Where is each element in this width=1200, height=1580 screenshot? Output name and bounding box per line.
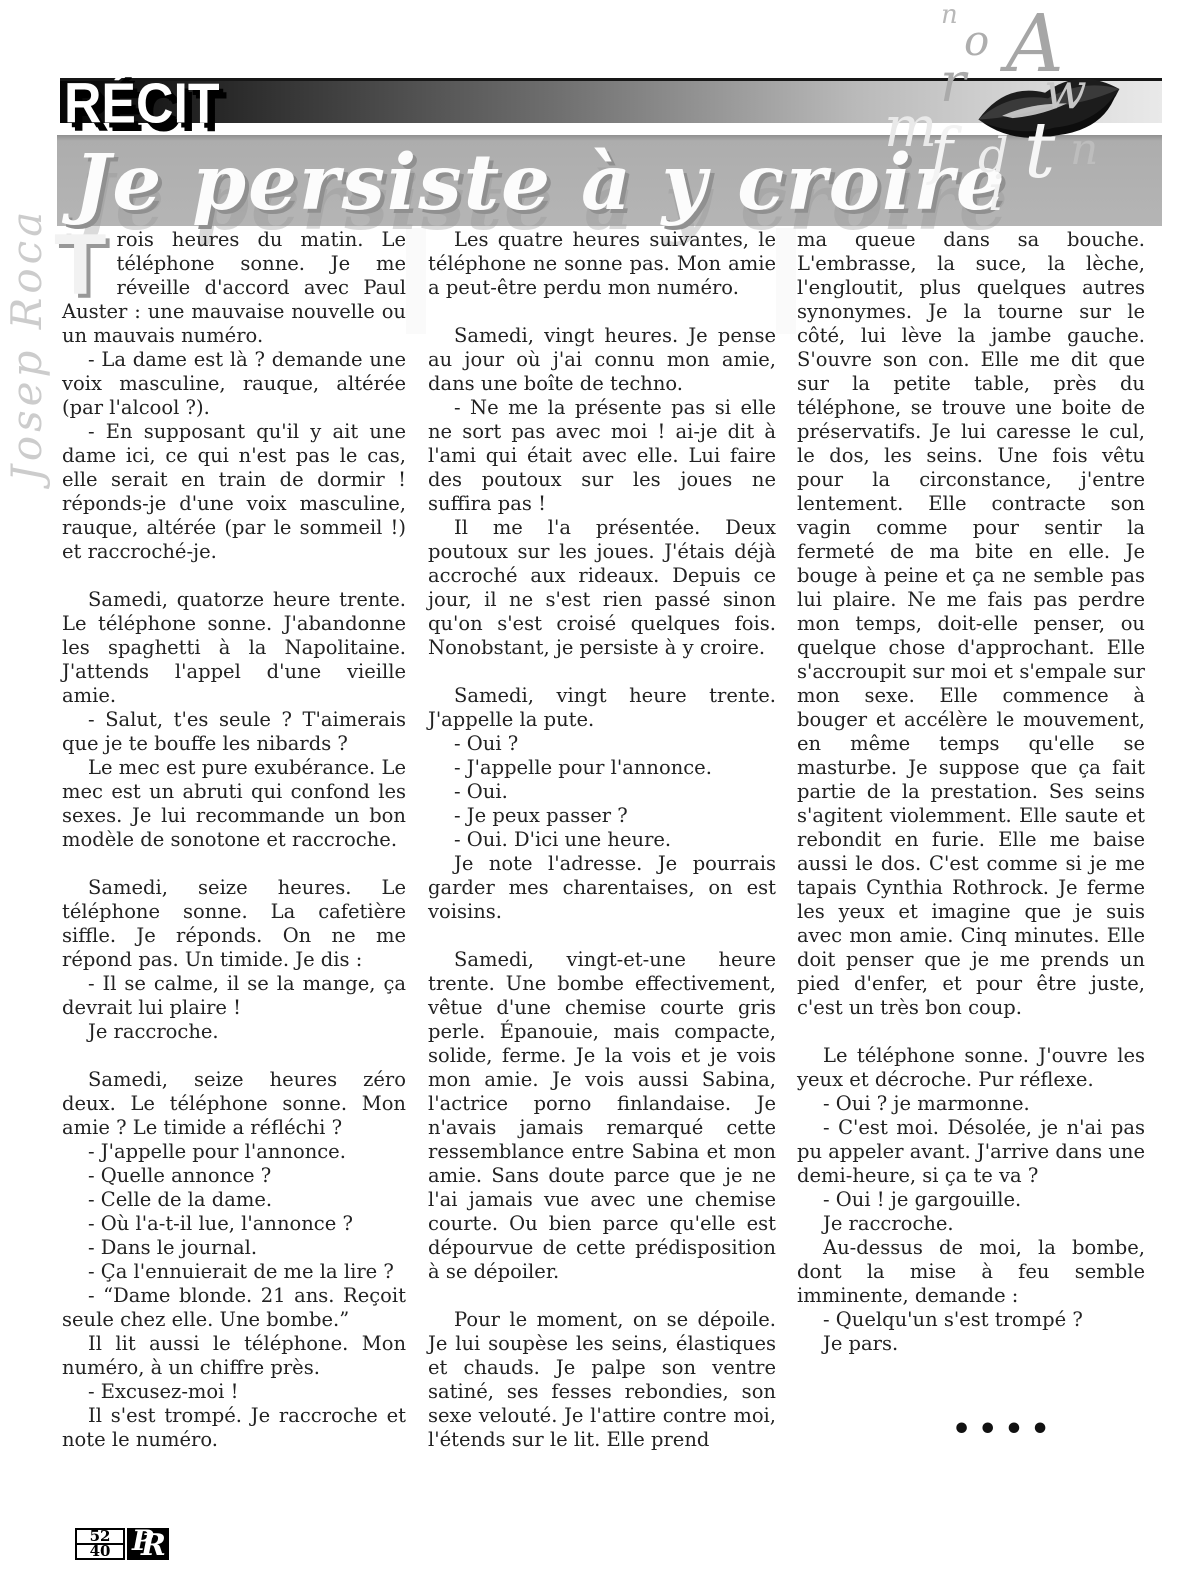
column-gutter-highlight (406, 228, 426, 334)
page-number-bottom: 40 (77, 1545, 123, 1558)
page-folio: 52 40 P R (75, 1528, 169, 1560)
paragraph: Je note l'adresse. Je pourrais garder me… (428, 852, 776, 924)
paragraph: - J'appelle pour l'annonce. (428, 756, 776, 780)
paragraph: - Où l'a-t-il lue, l'annonce ? (62, 1212, 406, 1236)
paragraph: - En supposant qu'il y ait une dame ici,… (62, 420, 406, 564)
paragraph: Il me l'a présentée. Deux poutoux sur le… (428, 516, 776, 660)
paragraph: Il lit aussi le téléphone. Mon numéro, à… (62, 1332, 406, 1380)
paragraph: - Salut, t'es seule ? T'aimerais que je … (62, 708, 406, 756)
paragraph: Samedi, vingt-et-une heure trente. Une b… (428, 948, 776, 1284)
paragraph: - Dans le journal. (62, 1236, 406, 1260)
paragraph: - Oui. D'ici une heure. (428, 828, 776, 852)
paragraph: Samedi, seize heures zéro deux. Le télép… (62, 1068, 406, 1140)
paragraph: ma queue dans sa bouche. L'embrasse, la … (797, 228, 1145, 1020)
section-kicker: RÉCIT (64, 72, 220, 137)
paragraph: Pour le moment, on se dépoile. Je lui so… (428, 1308, 776, 1452)
paragraph: Samedi, seize heures. Le téléphone sonne… (62, 876, 406, 972)
paragraph: - Celle de la dame. (62, 1188, 406, 1212)
dropcap-letter: T (54, 232, 107, 298)
column-gutter-highlight (776, 228, 796, 334)
paragraph: Je raccroche. (797, 1212, 1145, 1236)
page-number-box: 52 40 (75, 1528, 125, 1560)
paragraph: - J'appelle pour l'annonce. (62, 1140, 406, 1164)
paragraph: - Il se calme, il se la mange, ça devrai… (62, 972, 406, 1020)
paragraph: Samedi, quatorze heure trente. Le téléph… (62, 588, 406, 708)
paragraph: Au-dessus de moi, la bombe, dont la mise… (797, 1236, 1145, 1308)
paragraph: - Quelle annonce ? (62, 1164, 406, 1188)
paragraph: - Oui ? (428, 732, 776, 756)
decor-letter: o (964, 20, 989, 62)
decor-letter: i (988, 168, 1004, 218)
decor-letter: n (941, 2, 958, 28)
paragraph: Trois heures du matin. Le téléphone sonn… (62, 228, 406, 348)
paragraph: Je raccroche. (62, 1020, 406, 1044)
paragraph: Le téléphone sonne. J'ouvre les yeux et … (797, 1044, 1145, 1092)
paragraph: - Ça l'ennuierait de me la lire ? (62, 1260, 406, 1284)
paragraph: Samedi, vingt heures. Je pense au jour o… (428, 324, 776, 396)
paragraph: - Oui ! je gargouille. (797, 1188, 1145, 1212)
paragraph: Les quatre heures suivantes, le téléphon… (428, 228, 776, 300)
paragraph: Le mec est pure exubérance. Le mec est u… (62, 756, 406, 852)
paragraph: - Je peux passer ? (428, 804, 776, 828)
paragraph: Je pars. (797, 1332, 1145, 1356)
text-column-3: ma queue dans sa bouche. L'embrasse, la … (797, 228, 1145, 1356)
end-of-article-bullets: •••• (952, 1412, 1057, 1447)
paragraph: - Quelqu'un s'est trompé ? (797, 1308, 1145, 1332)
magazine-logo: P R (127, 1528, 169, 1560)
decor-letter: t (1024, 112, 1055, 190)
author-byline: Josep Roca (2, 126, 48, 482)
decor-letter: r (940, 56, 966, 110)
paragraph: - La dame est là ? demande une voix masc… (62, 348, 406, 420)
logo-letter-r: R (141, 1528, 166, 1563)
paragraph: - Oui ? je marmonne. (797, 1092, 1145, 1116)
decor-letter: f (930, 120, 953, 182)
text-column-1: Trois heures du matin. Le téléphone sonn… (62, 228, 406, 1452)
decor-letter: n (1070, 128, 1098, 172)
paragraph: - Oui. (428, 780, 776, 804)
paragraph: - Ne me la présente pas si elle ne sort … (428, 396, 776, 516)
paragraph: - C'est moi. Désolée, je n'ai pas pu app… (797, 1116, 1145, 1188)
paragraph: - Excusez-moi ! (62, 1380, 406, 1404)
page-title: Je persiste à y croire (74, 138, 1007, 228)
text-column-2: Les quatre heures suivantes, le téléphon… (428, 228, 776, 1452)
paragraph: - “Dame blonde. 21 ans. Reçoit seule che… (62, 1284, 406, 1332)
paragraph: Il s'est trompé. Je raccroche et note le… (62, 1404, 406, 1452)
paragraph: Samedi, vingt heure trente. J'appelle la… (428, 684, 776, 732)
